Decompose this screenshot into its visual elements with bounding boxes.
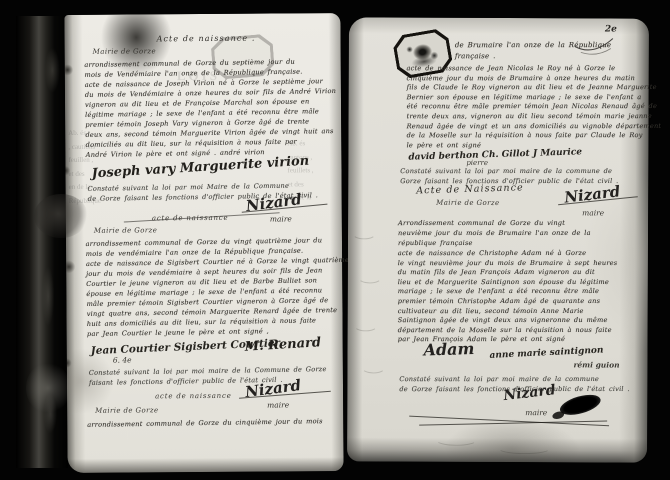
act2-heading: Acte de Naissance [416, 182, 524, 196]
marginal-mark [352, 227, 376, 239]
text-line: française . [455, 51, 611, 62]
text-line: cinquième jour du mois de Brumaire à onz… [407, 74, 662, 84]
text-line: acte de naissance de Christophe Adam né … [398, 249, 618, 259]
left-page: LOIS Ab. és, cautionsfeuillen ,et desen … [64, 13, 343, 473]
act2-signature-note: 6. 4e [113, 356, 132, 365]
text-line: Arrondissement communal de Gorze du ving… [398, 218, 591, 228]
act1-official-title: maire [582, 208, 604, 217]
act2-signature-tertiary: rémi guion [573, 360, 619, 369]
act1-heading: Acte de naissance . [157, 34, 256, 44]
act1-official-title: maire [270, 214, 292, 223]
text-line: le vingt neuvième jour du mois de Brumai… [398, 259, 618, 269]
text-line: république française [398, 238, 591, 248]
text-line: de la Moselle sur la réquisition à nous … [407, 131, 662, 141]
text-line: cultivateur au dit lieu, second témoin A… [398, 307, 618, 317]
marginal-mark [361, 361, 385, 373]
act2-signature-main: Adam [423, 339, 474, 360]
act2-mairie: Mairie de Gorze [94, 226, 157, 234]
act2-body-text: arrondissement communal de Gorze du ving… [86, 235, 351, 339]
text-line: premier témoin Christophe Adam âgé de qu… [398, 297, 618, 307]
text-line: fils de Claude le Roy vigneron au dit li… [407, 83, 662, 93]
act3-mairie: Mairie de Gorze [95, 406, 158, 414]
stain-blob [34, 194, 88, 238]
act2-official-title: maire [267, 400, 289, 409]
ink-blot [558, 391, 603, 419]
act2-body-text: acte de naissance de Christophe Adam né … [398, 249, 618, 345]
text-line: arrondissement communal de Gorze du cinq… [87, 416, 323, 430]
act2-signature-flourish: M. Renard [244, 335, 321, 355]
marginal-mark [358, 271, 382, 283]
text-line: de Brumaire l'an onze de la République [455, 40, 611, 51]
text-line: Constaté suivant la loi par moi maire de… [399, 374, 629, 384]
act1-body-text: acte de naissance de Jean Nicolas le Roy… [407, 64, 662, 151]
act3-heading: acte de naissance [155, 392, 232, 401]
text-line: Saintignon âgée de vingt deux ans vigner… [398, 316, 618, 326]
faded-scribble [497, 442, 551, 454]
act2-official-title: maire [525, 408, 547, 417]
right-page: 2e de Brumaire l'an onze de la Républiqu… [347, 17, 649, 462]
faded-scribble [435, 434, 477, 446]
text-line: Constaté suivant la loi par moi maire de… [400, 166, 618, 176]
act1-mairie: Mairie de Gorze [93, 47, 156, 55]
stain-blob [26, 362, 70, 414]
act1-body-text: arrondissement communal de Gorze du sept… [84, 56, 337, 160]
text-line: trente deux ans, vigneron au dit lieu se… [407, 112, 662, 122]
text-line: acte de naissance de Jean Nicolas le Roy… [407, 64, 662, 74]
text-line: été reconnu être mâle premier témoin Jea… [407, 102, 662, 112]
act3-body-text: arrondissement communal de Gorze du cinq… [87, 416, 323, 430]
marginal-mark [354, 319, 378, 331]
act1-continuation-text: de Brumaire l'an onze de la Républiquefr… [455, 40, 611, 62]
act2-header-text: Arrondissement communal de Gorze du ving… [398, 218, 591, 248]
act2-signature-secondary: anne marie saintignon [489, 345, 603, 360]
text-line: mariage ; le sexe de l'enfant a été reco… [398, 287, 618, 297]
text-line: du matin fils de Jean François Adam vign… [398, 268, 618, 278]
text-line: Renaud âgée de vingt et un ans domicilié… [407, 122, 662, 132]
text-line: département de la Moselle sur la réquisi… [398, 326, 618, 336]
act2-mairie: Mairie de Gorze [436, 199, 499, 207]
text-line: neuvième jour du mois de Brumaire l'an o… [398, 228, 591, 238]
scanned-register-page: LOIS Ab. és, cautionsfeuillen ,et desen … [0, 0, 670, 480]
